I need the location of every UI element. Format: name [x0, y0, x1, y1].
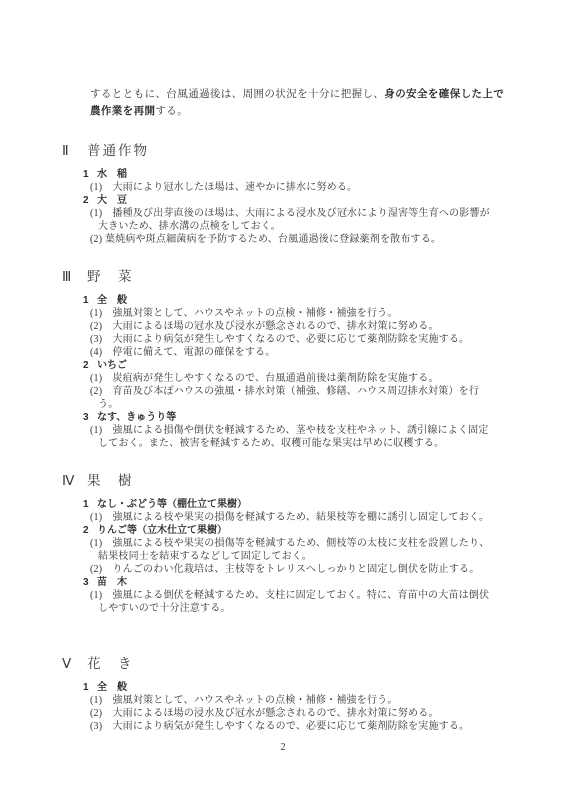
advisory-item: (2) 育苗及び本ぽハウスの強風・排水対策（補強、修繕、ハウス周辺排水対策）を行… — [90, 385, 494, 411]
advisory-item: (3) 大雨により病気が発生しやすくなるので、必要に応じて薬剤防除を実施する。 — [90, 720, 494, 733]
subsection-title: なし・ぶどう等（棚仕立て果樹） — [97, 498, 247, 511]
section-common-crops: Ⅱ 普通作物 1 水 稲 (1) 大雨により冠水したほ場は、速やかに排水に努める… — [62, 142, 496, 246]
subsection-heading-rice: 1 水 稲 — [83, 168, 496, 181]
subsection-general-flowers: 1 全 般 (1) 強風対策として、ハウスやネットの点検・補修・補強を行う。 (… — [62, 681, 496, 733]
advisory-item: (2) りんごのわい化栽培は、主枝等をトレリスへしっかりと固定し倒伏を防止する。 — [90, 563, 494, 576]
section-numeral: Ⅱ — [62, 142, 87, 160]
advisory-item: (2) 大雨によるほ場の浸水及び冠水が懸念されるので、排水対策に努める。 — [90, 707, 494, 720]
subsection-eggplant-cucumber: 3 なす、きゅうり等 (1) 強風による損傷や倒伏を軽減するため、茎や枝を支柱や… — [62, 411, 496, 450]
subsection-title: 苗 木 — [97, 576, 127, 589]
intro-line-1: するとともに、台風通過後は、周囲の状況を十分に把握し、身の安全を確保した上で — [90, 86, 496, 103]
intro-line-2-bold: 農作業を再開 — [90, 105, 155, 117]
advisory-item: (1) 強風対策として、ハウスやネットの点検・補修・補強を行う。 — [90, 694, 494, 707]
page-number: 2 — [0, 742, 566, 753]
intro-line-1-bold: 身の安全を確保した上で — [384, 88, 504, 100]
subsection-heading-apple: 2 りんご等（立木仕立て果樹） — [83, 524, 496, 537]
section-title: 普通作物 — [87, 142, 149, 160]
subsection-heading-eggplant-cucumber: 3 なす、きゅうり等 — [83, 411, 496, 424]
subsection-title: なす、きゅうり等 — [97, 411, 176, 424]
section-title: 野 菜 — [87, 268, 134, 286]
subsection-number: 1 — [83, 168, 97, 181]
subsection-title: 大 豆 — [97, 194, 127, 207]
advisory-item: (1) 播種及び出芽直後のほ場は、大雨による浸水及び冠水により湿害等生育への影響… — [90, 207, 494, 233]
subsection-heading-general: 1 全 般 — [83, 294, 496, 307]
subsection-heading-general-flowers: 1 全 般 — [83, 681, 496, 694]
subsection-number: 2 — [83, 359, 97, 372]
intro-paragraph: するとともに、台風通過後は、周囲の状況を十分に把握し、身の安全を確保した上で 農… — [90, 86, 496, 120]
section-flowers: Ⅴ 花 き 1 全 般 (1) 強風対策として、ハウスやネットの点検・補修・補強… — [62, 655, 496, 733]
advisory-item: (1) 強風による損傷や倒伏を軽減するため、茎や枝を支柱やネット、誘引線によく固… — [90, 424, 494, 450]
subsection-heading-nursery-tree: 3 苗 木 — [83, 576, 496, 589]
subsection-soybean: 2 大 豆 (1) 播種及び出芽直後のほ場は、大雨による浸水及び冠水により湿害等… — [62, 194, 496, 246]
subsection-nursery-tree: 3 苗 木 (1) 強風による倒伏を軽減するため、支柱に固定しておく。特に、育苗… — [62, 576, 496, 615]
intro-line-2-normal: する。 — [155, 106, 188, 117]
advisory-item: (1) 強風による倒伏を軽減するため、支柱に固定しておく。特に、育苗中の大苗は倒… — [90, 589, 494, 615]
subsection-title: 全 般 — [97, 681, 127, 694]
advisory-item: (1) 強風による枝や果実の損傷等を軽減するため、側枝等の太枝に支柱を設置したり… — [90, 537, 494, 563]
subsection-rice: 1 水 稲 (1) 大雨により冠水したほ場は、速やかに排水に努める。 — [62, 168, 496, 194]
subsection-heading-pear-grape: 1 なし・ぶどう等（棚仕立て果樹） — [83, 498, 496, 511]
section-heading-common-crops: Ⅱ 普通作物 — [62, 142, 496, 160]
subsection-general: 1 全 般 (1) 強風対策として、ハウスやネットの点検・補修・補強を行う。 (… — [62, 294, 496, 359]
advisory-item: (3) 大雨により病気が発生しやすくなるので、必要に応じて薬剤防除を実施する。 — [90, 333, 494, 346]
subsection-apple: 2 りんご等（立木仕立て果樹） (1) 強風による枝や果実の損傷等を軽減するため… — [62, 524, 496, 576]
intro-line-1-normal: するとともに、台風通過後は、周囲の状況を十分に把握し、 — [90, 89, 384, 100]
advisory-item: (2) 葉焼病や斑点細菌病を予防するため、台風通過後に登録薬剤を散布する。 — [90, 233, 494, 246]
subsection-title: 水 稲 — [97, 168, 127, 181]
section-title: 花 き — [87, 655, 134, 673]
advisory-item: (1) 炭疽病が発生しやすくなるので、台風通過前後は薬剤防除を実施する。 — [90, 372, 494, 385]
subsection-heading-strawberry: 2 いちご — [83, 359, 496, 372]
section-title: 果 樹 — [87, 472, 134, 490]
section-heading-flowers: Ⅴ 花 き — [62, 655, 496, 673]
subsection-number: 1 — [83, 681, 97, 694]
subsection-pear-grape: 1 なし・ぶどう等（棚仕立て果樹） (1) 強風による枝や果実の損傷を軽減するた… — [62, 498, 496, 524]
advisory-item: (2) 大雨によるほ場の冠水及び浸水が懸念されるので、排水対策に努める。 — [90, 320, 494, 333]
advisory-item: (1) 強風対策として、ハウスやネットの点検・補修・補強を行う。 — [90, 307, 494, 320]
document-page: するとともに、台風通過後は、周囲の状況を十分に把握し、身の安全を確保した上で 農… — [0, 0, 566, 800]
subsection-title: りんご等（立木仕立て果樹） — [97, 524, 227, 537]
subsection-strawberry: 2 いちご (1) 炭疽病が発生しやすくなるので、台風通過前後は薬剤防除を実施す… — [62, 359, 496, 411]
section-numeral: Ⅳ — [62, 472, 87, 490]
subsection-number: 1 — [83, 498, 97, 511]
subsection-number: 3 — [83, 411, 97, 424]
subsection-title: 全 般 — [97, 294, 127, 307]
advisory-item: (4) 停電に備えて、電源の確保をする。 — [90, 346, 494, 359]
section-heading-vegetables: Ⅲ 野 菜 — [62, 268, 496, 286]
advisory-item: (1) 大雨により冠水したほ場は、速やかに排水に努める。 — [90, 181, 494, 194]
section-fruit-trees: Ⅳ 果 樹 1 なし・ぶどう等（棚仕立て果樹） (1) 強風による枝や果実の損傷… — [62, 472, 496, 615]
subsection-number: 3 — [83, 576, 97, 589]
section-vegetables: Ⅲ 野 菜 1 全 般 (1) 強風対策として、ハウスやネットの点検・補修・補強… — [62, 268, 496, 450]
subsection-heading-soybean: 2 大 豆 — [83, 194, 496, 207]
subsection-number: 2 — [83, 194, 97, 207]
subsection-number: 2 — [83, 524, 97, 537]
intro-line-2: 農作業を再開する。 — [90, 103, 496, 120]
subsection-number: 1 — [83, 294, 97, 307]
section-numeral: Ⅲ — [62, 268, 87, 286]
subsection-title: いちご — [97, 359, 127, 372]
section-heading-fruit-trees: Ⅳ 果 樹 — [62, 472, 496, 490]
section-numeral: Ⅴ — [62, 655, 87, 673]
advisory-item: (1) 強風による枝や果実の損傷を軽減するため、結果枝等を棚に誘引し固定しておく… — [90, 511, 494, 524]
